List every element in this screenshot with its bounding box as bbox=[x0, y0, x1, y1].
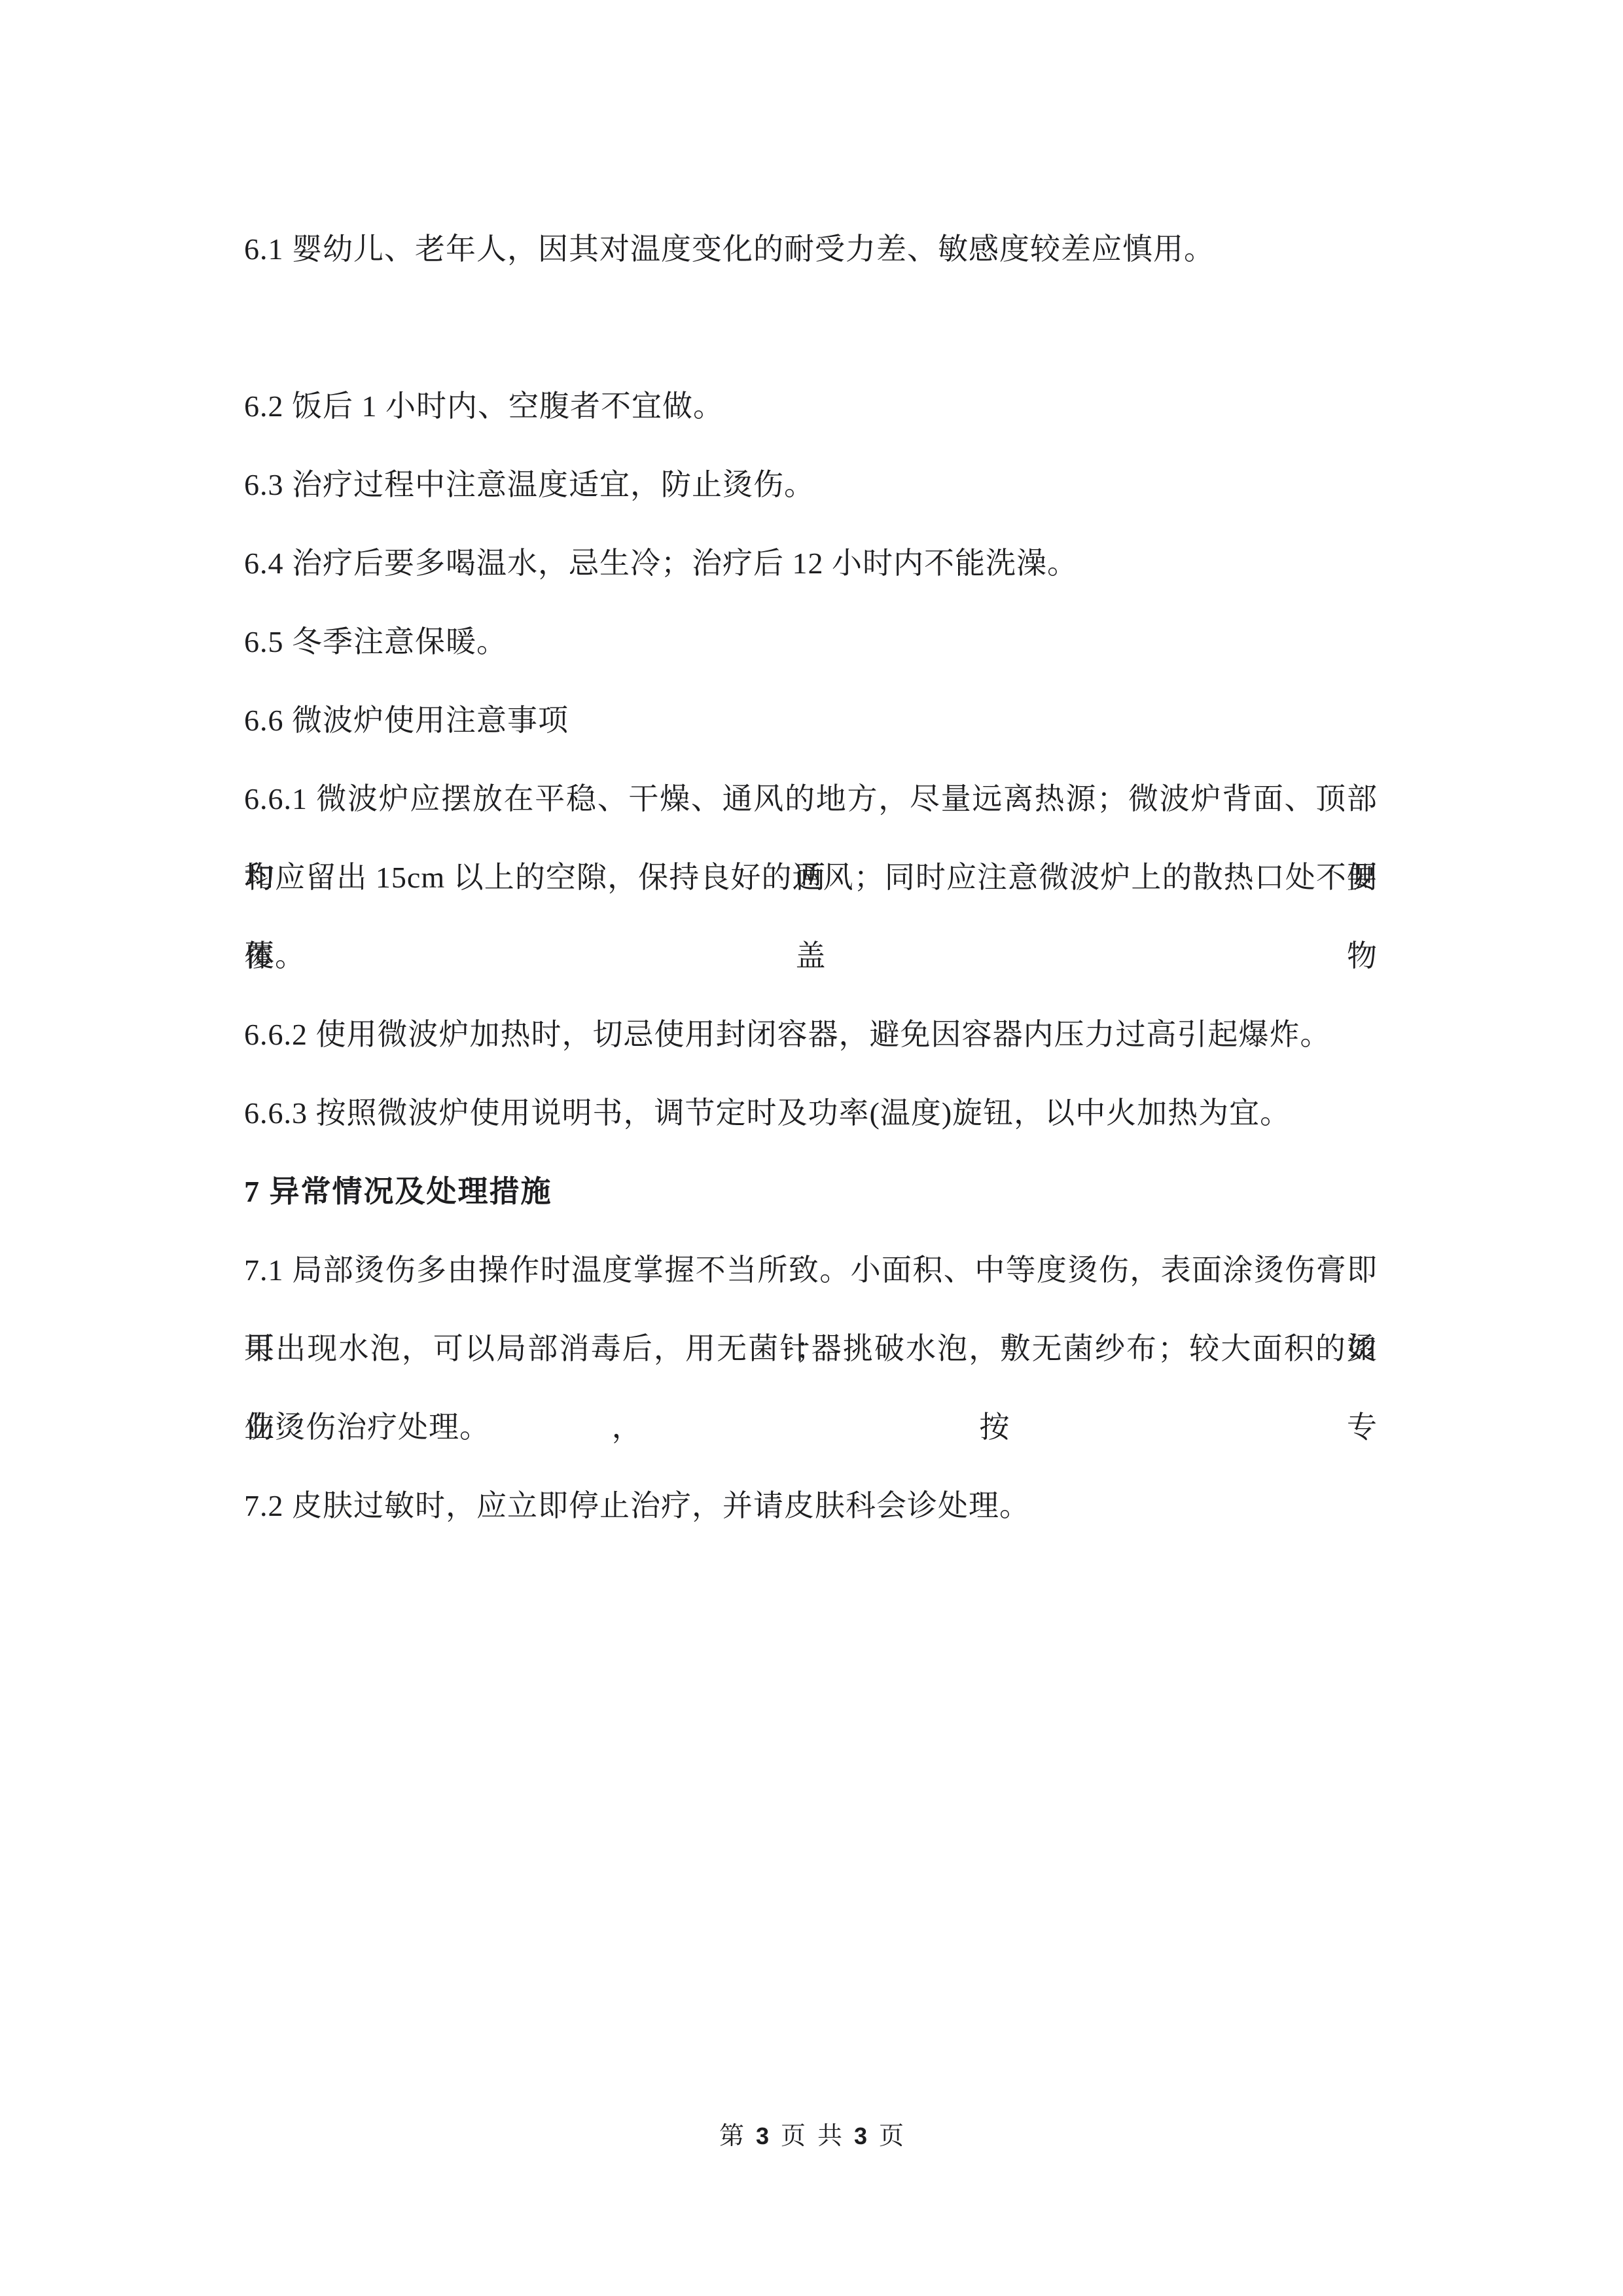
text-line: 果出现水泡，可以局部消毒后，用无菌针器挑破水泡，敷无菌纱布；较大面积的烫伤，按专 bbox=[244, 1310, 1378, 1388]
text-line: 6.2 饭后 1 小时内、空腹者不宜做。 bbox=[244, 367, 1378, 446]
footer-label: 页 bbox=[879, 2123, 904, 2150]
text-line: 6.5 冬季注意保暖。 bbox=[244, 603, 1378, 681]
document-body: 6.1 婴幼儿、老年人，因其对温度变化的耐受力差、敏感度较差应慎用。6.2 饭后… bbox=[244, 210, 1378, 1545]
text-line: 6.6.3 按照微波炉使用说明书，调节定时及功率(温度)旋钮，以中火加热为宜。 bbox=[244, 1074, 1378, 1153]
text-line: 6.3 治疗过程中注意温度适宜，防止烫伤。 bbox=[244, 446, 1378, 524]
text-line: 7.2 皮肤过敏时，应立即停止治疗，并请皮肤科会诊处理。 bbox=[244, 1467, 1378, 1545]
blank-line bbox=[244, 289, 1378, 367]
footer-label: 页 bbox=[781, 2123, 806, 2150]
document-page: 6.1 婴幼儿、老年人，因其对温度变化的耐受力差、敏感度较差应慎用。6.2 饭后… bbox=[0, 0, 1623, 2296]
page-number: 3 bbox=[756, 2123, 769, 2149]
page-footer: 第3页共3页 bbox=[0, 2119, 1623, 2153]
footer-label: 第 bbox=[719, 2123, 744, 2150]
text-line: 6.1 婴幼儿、老年人，因其对温度变化的耐受力差、敏感度较差应慎用。 bbox=[244, 210, 1378, 289]
page-number: 3 bbox=[854, 2123, 867, 2149]
text-line: 6.4 治疗后要多喝温水，忌生冷；治疗后 12 小时内不能洗澡。 bbox=[244, 524, 1378, 603]
text-line: 6.6.1 微波炉应摆放在平稳、干燥、通风的地方，尽量远离热源；微波炉背面、顶部… bbox=[244, 760, 1378, 838]
text-line: 6.6 微波炉使用注意事项 bbox=[244, 681, 1378, 760]
footer-label: 共 bbox=[817, 2123, 842, 2150]
text-line: 均应留出 15cm 以上的空隙，保持良好的通风；同时应注意微波炉上的散热口处不要… bbox=[244, 838, 1378, 917]
section-heading: 7 异常情况及处理措施 bbox=[244, 1153, 1378, 1231]
text-line: 7.1 局部烫伤多由操作时温度掌握不当所致。小面积、中等度烫伤，表面涂烫伤膏即可… bbox=[244, 1231, 1378, 1310]
text-line: 6.6.2 使用微波炉加热时，切忌使用封闭容器，避免因容器内压力过高引起爆炸。 bbox=[244, 996, 1378, 1074]
